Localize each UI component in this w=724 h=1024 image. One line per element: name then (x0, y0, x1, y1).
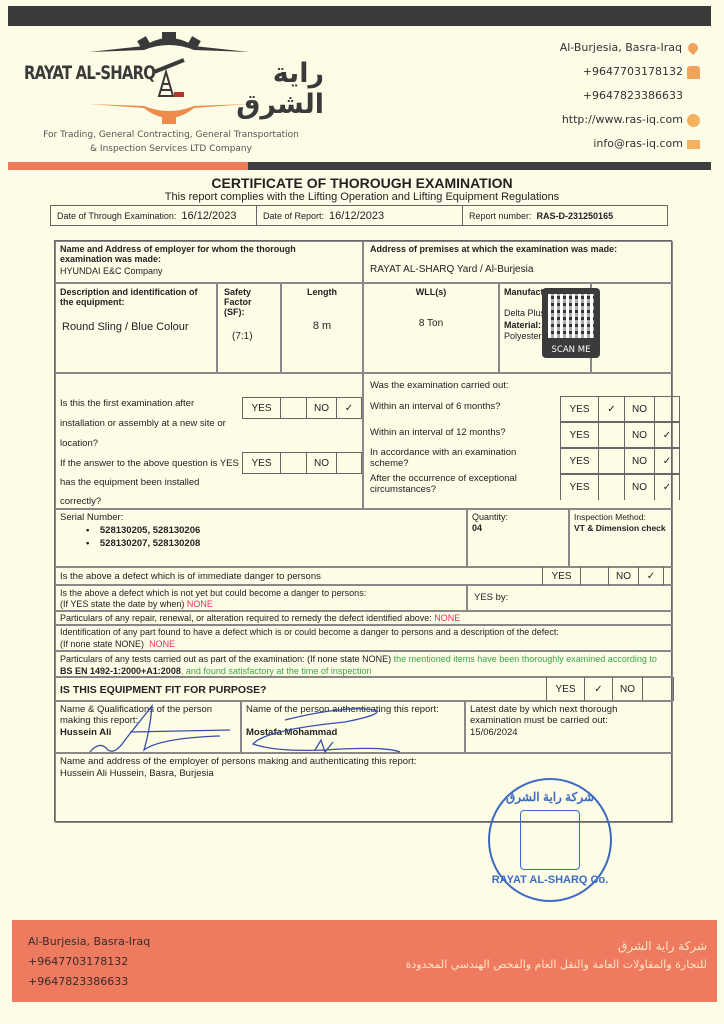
mail-icon (687, 140, 700, 149)
tests-standard: BS EN 1492-1:2000+A1:2008 (60, 666, 181, 676)
report-number-label: Report number: (469, 211, 532, 221)
yes-by-label: YES by: (474, 592, 508, 603)
yes-checkbox[interactable] (281, 398, 307, 418)
footer-arabic-name: شركة راية الشرق (406, 936, 707, 956)
no-label: NO (625, 423, 655, 447)
defect-part-answer: NONE (149, 639, 175, 649)
top-bar (8, 6, 711, 26)
no-label: NO (307, 398, 337, 418)
future-danger-note: (If YES state the date by when) (60, 599, 184, 609)
safety-factor-cell: Safety Factor (SF): (7:1) (217, 283, 281, 373)
employer-cell: Name and Address of employer for whom th… (55, 241, 363, 283)
interval-yes-no: YES✓NO (560, 396, 680, 422)
stamp-english: RAYAT AL-SHARQ Co. (490, 874, 610, 886)
no-label: NO (625, 449, 655, 473)
interval-yes-no: YESNO✓ (560, 448, 680, 474)
location-pin-icon (686, 41, 700, 55)
yes-checkbox[interactable] (599, 449, 625, 473)
repair-row: Particulars of any repair, renewal, or a… (55, 611, 673, 625)
date-bar: Date of Through Examination:16/12/2023 D… (50, 205, 668, 226)
length-cell: Length 8 m (281, 283, 363, 373)
material-value: Polyester (504, 331, 542, 341)
no-checkbox[interactable] (643, 677, 673, 701)
contact-block: Al-Burjesia, Basra-Iraq +9647703178132 +… (560, 36, 700, 156)
description-label: Description and identification of the eq… (60, 287, 210, 307)
first-exam-block: Is this the first examination after inst… (55, 373, 363, 509)
company-logo: RAYAT AL-SHARQ راية الشرق (24, 32, 324, 127)
yes-label: YES (561, 449, 599, 473)
interval-yes-no: YESNO✓ (560, 422, 680, 448)
report-date-label: Date of Report: (263, 211, 324, 221)
tests-answer-2: , and found satisfactory at the time of … (181, 666, 372, 676)
yes-checkbox[interactable] (281, 453, 307, 473)
interval-question: Within an interval of 6 months? (370, 401, 550, 412)
quantity-value: 04 (472, 523, 482, 533)
employer-value: HYUNDAI E&C Company (60, 266, 163, 276)
divider-orange (8, 162, 248, 170)
wll-label: WLL(s) (364, 287, 498, 297)
method-value: VT & Dimension check (574, 523, 668, 534)
certificate-subtitle: This report complies with the Lifting Op… (0, 191, 724, 203)
serial-item: • 528130205, 528130206 (86, 524, 200, 537)
premises-label: Address of premises at which the examina… (370, 244, 617, 254)
first-exam-yes-no: YES NO ✓ (242, 397, 362, 419)
yes-label: YES (561, 397, 599, 421)
fit-yes-no: YES ✓ NO (546, 677, 674, 701)
premises-cell: Address of premises at which the examina… (363, 241, 673, 283)
tests-question: Particulars of any tests carried out as … (60, 654, 391, 664)
method-cell: Inspection Method: VT & Dimension check (569, 509, 673, 567)
contact-email[interactable]: info@ras-iq.com (593, 135, 683, 153)
yes-checkbox[interactable]: ✓ (585, 677, 613, 701)
logo-arabic: راية الشرق (210, 58, 324, 120)
repair-question: Particulars of any repair, renewal, or a… (60, 613, 432, 623)
contact-phone-2[interactable]: +9647823386633 (583, 87, 683, 105)
defect-part-note: (If none state NONE) (60, 639, 144, 649)
footer-band: Al-Burjesia, Basra-Iraq +9647703178132 +… (12, 920, 717, 1002)
wll-value: 8 Ton (364, 318, 498, 329)
immediate-danger-question: Is the above a defect which is of immedi… (60, 571, 321, 582)
report-date: 16/12/2023 (329, 210, 384, 222)
qr-code-icon (548, 294, 594, 338)
stamp-arabic: شركة راية الشرق (490, 790, 610, 804)
no-label: NO (613, 677, 643, 701)
next-exam-date: 15/06/2024 (470, 727, 518, 738)
manufacture-value: Delta Plus (504, 308, 545, 318)
future-danger-question: Is the above a defect which is not yet b… (60, 588, 366, 598)
length-value: 8 m (282, 320, 362, 332)
defect-part-question: Identification of any part found to have… (60, 627, 559, 637)
first-exam-question: Is this the first examination after inst… (60, 394, 240, 454)
immediate-danger-row: Is the above a defect which is of immedi… (55, 567, 673, 585)
length-label: Length (282, 287, 362, 297)
sf-value: (7:1) (232, 331, 253, 342)
quantity-label: Quantity: (472, 512, 508, 522)
future-danger-cell: Is the above a defect which is not yet b… (55, 585, 467, 611)
no-checkbox[interactable]: ✓ (337, 398, 361, 418)
footer-phone-2[interactable]: +9647823386633 (28, 972, 150, 992)
defect-part-row: Identification of any part found to have… (55, 625, 673, 651)
premises-value: RAYAT AL-SHARQ Yard / Al-Burjesia (370, 264, 533, 275)
tests-answer-1: the mentioned items have been thoroughly… (394, 654, 657, 664)
yes-checkbox[interactable] (581, 567, 609, 585)
next-exam-label: Latest date by which next thorough exami… (470, 704, 660, 726)
method-label: Inspection Method: (574, 512, 646, 522)
footer-arabic-description: للتجارة والمقاولات العامة والنقل العام و… (406, 956, 707, 974)
tagline-line-2: & Inspection Services LTD Company (26, 142, 316, 156)
footer-arabic: شركة راية الشرق للتجارة والمقاولات العام… (406, 936, 707, 974)
yes-label: YES (561, 423, 599, 447)
yes-label: YES (561, 475, 599, 500)
serial-cell: Serial Number: • 528130205, 528130206 • … (55, 509, 467, 567)
employer-label: Name and Address of employer for whom th… (60, 244, 350, 264)
tagline: For Trading, General Contracting, Genera… (26, 128, 316, 156)
carried-out-label: Was the examination carried out: (370, 380, 509, 391)
no-checkbox[interactable]: ✓ (655, 475, 679, 500)
description-value: Round Sling / Blue Colour (62, 321, 189, 333)
yes-checkbox[interactable] (599, 423, 625, 447)
yes-label: YES (547, 677, 585, 701)
no-checkbox[interactable]: ✓ (639, 567, 663, 585)
description-cell: Description and identification of the eq… (55, 283, 217, 373)
qr-scan-label: SCAN ME (542, 345, 600, 355)
qr-cell (591, 283, 673, 373)
contact-phone-1[interactable]: +9647703178132 (583, 63, 683, 81)
no-checkbox[interactable] (655, 397, 679, 421)
company-stamp: شركة راية الشرق RAYAT AL-SHARQ Co. (488, 778, 612, 902)
yes-checkbox[interactable] (599, 475, 625, 500)
repair-answer: NONE (434, 613, 460, 623)
yes-checkbox[interactable]: ✓ (599, 397, 625, 421)
phone-icon (687, 66, 700, 79)
qr-code[interactable]: SCAN ME (542, 288, 600, 358)
material-label: Material: (504, 320, 541, 330)
tests-text: Particulars of any tests carried out as … (60, 653, 670, 677)
signature-authenticator (225, 700, 415, 760)
serial-list: • 528130205, 528130206 • 528130207, 5281… (86, 524, 200, 550)
no-label: NO (625, 397, 655, 421)
fit-row: IS THIS EQUIPMENT FIT FOR PURPOSE? YES ✓… (55, 677, 673, 701)
certificate-title: CERTIFICATE OF THOROUGH EXAMINATION (0, 175, 724, 191)
interval-question: After the occurrence of exceptional circ… (370, 473, 550, 495)
stamp-logo-icon (520, 810, 580, 870)
report-number: RAS-D-231250165 (537, 211, 614, 221)
installed-yes-no: YES NO (242, 452, 362, 474)
no-label: NO (609, 567, 639, 585)
installed-question: If the answer to the above question is Y… (60, 454, 240, 511)
no-label: NO (625, 475, 655, 500)
logo-english: RAYAT AL-SHARQ (24, 62, 155, 84)
globe-icon (687, 114, 700, 127)
footer-address: Al-Burjesia, Basra-Iraq (28, 932, 150, 952)
no-label: NO (307, 453, 337, 473)
next-exam-cell: Latest date by which next thorough exami… (465, 701, 673, 753)
no-checkbox[interactable] (337, 453, 361, 473)
spacer (687, 90, 700, 103)
yes-label: YES (243, 398, 281, 418)
serial-item: • 528130207, 528130208 (86, 537, 200, 550)
contact-address: Al-Burjesia, Basra-Iraq (560, 39, 682, 57)
yes-label: YES (243, 453, 281, 473)
future-danger-answer: NONE (187, 599, 213, 609)
yes-label: YES (543, 567, 581, 585)
exam-date-label: Date of Through Examination: (57, 211, 176, 221)
quantity-cell: Quantity: 04 (467, 509, 569, 567)
footer-phone-1[interactable]: +9647703178132 (28, 952, 150, 972)
tagline-line-1: For Trading, General Contracting, Genera… (26, 128, 316, 142)
sf-label: Safety Factor (SF): (224, 287, 264, 317)
interval-question: In accordance with an examination scheme… (370, 447, 550, 469)
employer-persons-value: Hussein Ali Hussein, Basra, Burjesia (60, 768, 214, 779)
no-checkbox[interactable]: ✓ (655, 423, 679, 447)
interval-block: Was the examination carried out: Within … (363, 373, 673, 509)
divider-dark (248, 162, 711, 170)
interval-question: Within an interval of 12 months? (370, 427, 550, 438)
yes-by-cell: YES by: (467, 585, 673, 611)
fit-question: IS THIS EQUIPMENT FIT FOR PURPOSE? (60, 684, 267, 696)
no-checkbox[interactable]: ✓ (655, 449, 679, 473)
wll-cell: WLL(s) 8 Ton (363, 283, 499, 373)
exam-date: 16/12/2023 (181, 210, 236, 222)
footer-contact: Al-Burjesia, Basra-Iraq +9647703178132 +… (28, 932, 150, 992)
immediate-danger-yes-no: YES NO ✓ (542, 567, 664, 585)
contact-website[interactable]: http://www.ras-iq.com (562, 111, 683, 129)
interval-yes-no: YESNO✓ (560, 474, 680, 500)
tests-row: Particulars of any tests carried out as … (55, 651, 673, 677)
serial-label: Serial Number: (60, 512, 123, 523)
